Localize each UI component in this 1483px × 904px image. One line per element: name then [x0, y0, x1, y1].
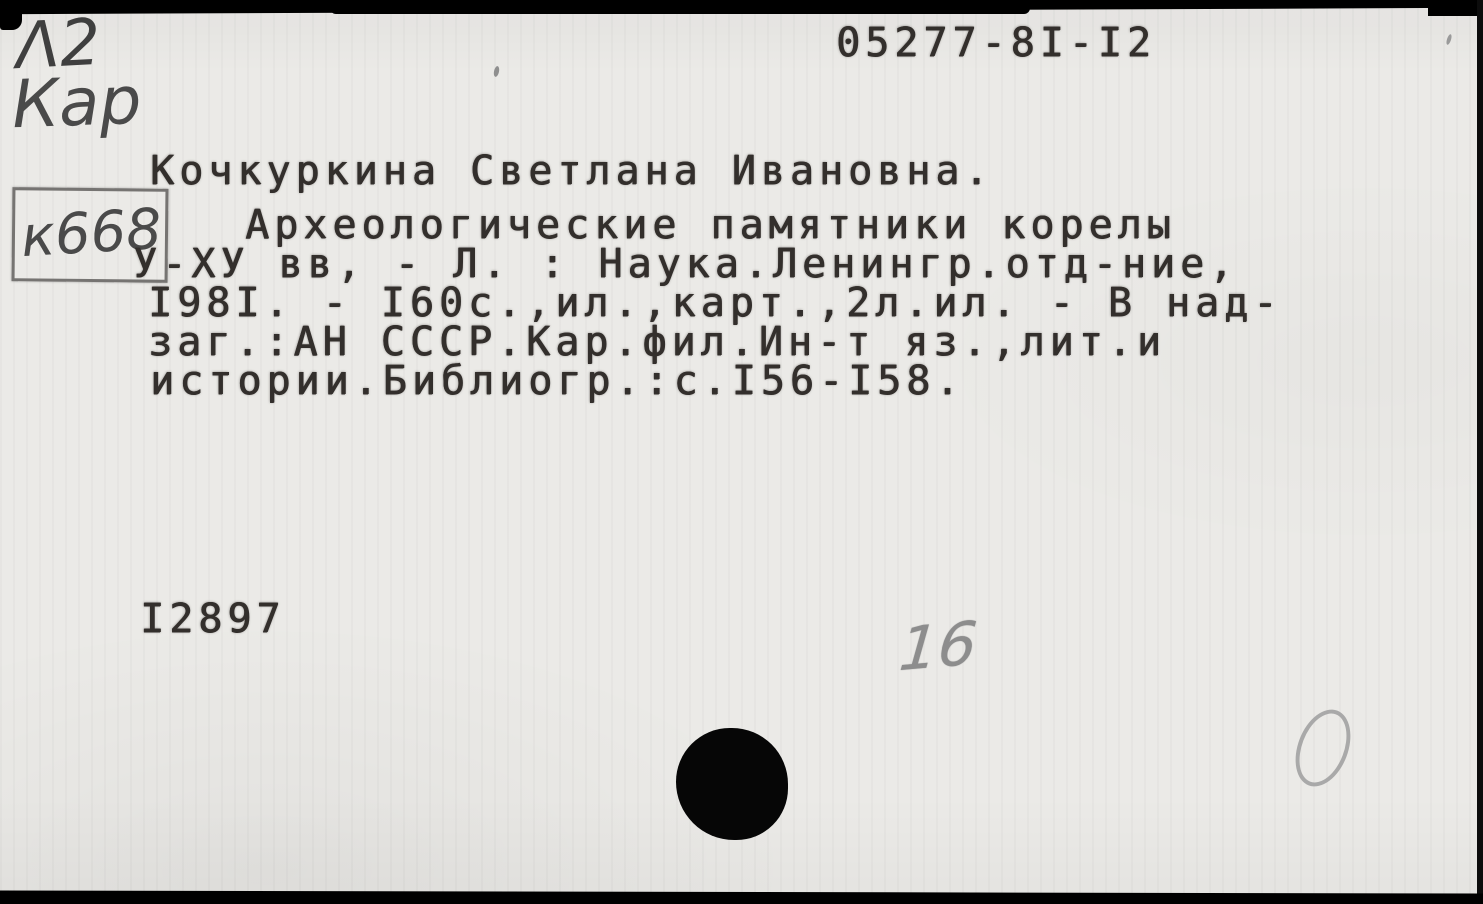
entry-note-line: заг.:АН СССР.Кар.фил.Ин-т яз.,лит.и — [148, 323, 1166, 362]
entry-bibliography-line: истории.Библиогр.:с.I56-I58. — [150, 362, 964, 401]
scan-edge-right — [1477, 0, 1483, 904]
scan-edge-top-bump — [330, 8, 1030, 14]
scan-corner-top-left — [0, 0, 22, 30]
pencil-oval-mark — [1285, 702, 1360, 795]
scan-edge-bottom — [0, 890, 1483, 904]
accession-number: I2897 — [140, 596, 285, 642]
catalog-card: Λ2 Кар к668 05277-8I-I2 Кочкуркина Светл… — [0, 0, 1483, 904]
handwritten-price-number: 16 — [896, 609, 979, 685]
scan-corner-top-right — [1428, 0, 1483, 16]
handwritten-branch-mark: Кар — [11, 62, 143, 143]
author-heading: Кочкуркина Светлана Ивановна. — [150, 148, 993, 194]
ink-dot — [676, 728, 788, 840]
catalog-number: 05277-8I-I2 — [836, 20, 1156, 66]
entry-collation-line: I98I. - I60с.,ил.,карт.,2л.ил. - В над- — [148, 284, 1282, 323]
scan-speck — [493, 66, 500, 78]
entry-title-line: Археологические памятники корелы — [245, 206, 1176, 245]
scan-speck — [1445, 34, 1452, 46]
entry-imprint-line: У-ХУ вв, - Л. : Наука.Ленингр.отд-ние, — [133, 245, 1238, 284]
